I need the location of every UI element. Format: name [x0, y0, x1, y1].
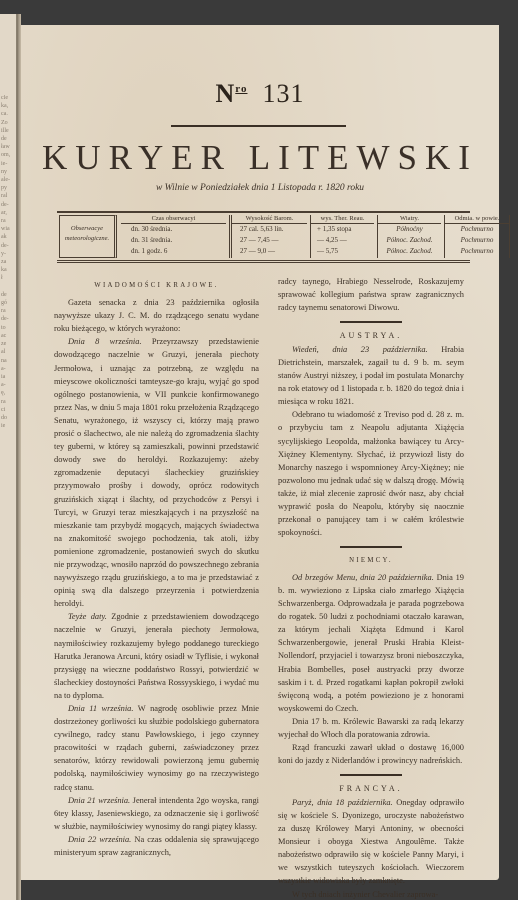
weather-col-time: Czas obserwacyi dn. 30 średnia. dn. 31 ś… [121, 215, 226, 258]
entry-text: Zgodnie z przedstawieniem dowodzącego na… [54, 612, 259, 700]
section-heading-austria: AUSTRYA. [278, 329, 464, 342]
cell: dn. 31 średnia. [131, 235, 226, 246]
article-paragraph: Wiedeń, dnia 23 października. Hrabia Die… [278, 343, 464, 408]
right-column: radcy taynego, Hrabiego Nesselrode, Rosk… [278, 275, 464, 900]
col-header-thermometer: wys. Ther. Reau. [311, 215, 374, 224]
section-heading-germany: NIEMCY. [278, 554, 464, 567]
issue-number-value: 131 [262, 79, 304, 108]
entry-date: Dnia 21 września. [68, 796, 130, 805]
entry-date: Dnia 8 września. [68, 337, 142, 346]
entry-date: Od brzegów Menu, dnia 20 października. [292, 573, 434, 582]
weather-col-barometer: Wysokość Barom. 27 cal. 5,63 lin. 27 — 7… [229, 215, 307, 258]
article-paragraph: Odebrano tu wiadomość z Treviso pod d. 2… [278, 408, 464, 539]
cell: dn. 1 godz. 6 [131, 246, 226, 257]
section-divider [340, 321, 402, 323]
section-divider [340, 774, 402, 776]
newspaper-page: Nro 131 KURYER LITEWSKI w Wilnie w Ponie… [21, 25, 499, 880]
entry-date: Dnia 11 września. [68, 704, 133, 713]
article-paragraph: Paryż, dnia 18 października. Onegday odp… [278, 796, 464, 888]
left-column: WIADOMOŚCI KRAJOWE. Gazeta senacka z dni… [54, 277, 259, 859]
weather-table-label: Obserwacye meteorologiczne. [59, 215, 117, 258]
col-header-time: Czas obserwacyi [121, 215, 226, 224]
cell: Pochmurno [445, 235, 509, 246]
article-paragraph: Od brzegów Menu, dnia 20 października. D… [278, 571, 464, 715]
article-paragraph: Gazeta senacka z dnia 23 października og… [54, 296, 259, 335]
cell: 27 cal. 5,63 lin. [240, 224, 307, 235]
article-paragraph: radcy taynego, Hrabiego Nesselrode, Rosk… [278, 275, 464, 314]
entry-text: Dnia 19 b. m. wywieziono z Lipska ciało … [278, 573, 464, 713]
cell: Pochmurno [445, 224, 509, 235]
adjacent-page-text: cle ka, ca. Zo ille de ław om, ie- ny al… [1, 94, 15, 430]
cell: 27 — 7,45 — [240, 235, 307, 246]
section-heading-france: FRANCYA. [278, 782, 464, 795]
entry-text: Przeyrzawszy przedstawienie dowodzącego … [54, 337, 259, 608]
article-paragraph: Dnia 22 września. Na czas oddalenia się … [54, 833, 259, 859]
weather-col-thermometer: wys. Ther. Reau. + 1,35 stopa — 4,25 — —… [310, 215, 374, 258]
article-paragraph: W tych dniach inżynier Chevalier zaprowa… [278, 888, 464, 900]
article-paragraph: Dnia 11 września. W nagrodę osobliwie pr… [54, 702, 259, 794]
dateline: w Wilnie w Poniedziałek dnia 1 Listopada… [21, 183, 499, 193]
issue-number: Nro 131 [21, 79, 499, 109]
article-paragraph: Dnia 8 września. Przeyrzawszy przedstawi… [54, 335, 259, 610]
number-label: Nro [216, 79, 248, 108]
cell: Północ. Zachod. [378, 246, 441, 257]
col-header-barometer: Wysokość Barom. [232, 215, 307, 224]
entry-date: Teyże daty. [68, 612, 107, 621]
entry-date: Wiedeń, dnia 23 października. [292, 345, 428, 354]
cell: — 4,25 — [317, 235, 374, 246]
cell: + 1,35 stopa [317, 224, 374, 235]
cell: Pochmurno [445, 246, 509, 257]
cell: 27 — 9,0 — [240, 246, 307, 257]
title-rule [171, 125, 346, 127]
adjacent-page-edge: cle ka, ca. Zo ille de ław om, ie- ny al… [0, 14, 17, 900]
cell: Półnoćny [378, 224, 441, 235]
section-heading-domestic-news: WIADOMOŚCI KRAJOWE. [54, 279, 259, 292]
cell: dn. 30 średnia. [131, 224, 226, 235]
weather-col-sky: Odmia. w powie. Pochmurno Pochmurno Poch… [444, 215, 510, 258]
article-paragraph: Teyże daty. Zgodnie z przedstawieniem do… [54, 610, 259, 702]
section-divider [340, 546, 402, 548]
weather-col-winds: Wiatry. Półnoćny Północ. Zachod. Północ.… [377, 215, 441, 258]
col-header-winds: Wiatry. [378, 215, 441, 224]
masthead-title: KURYER LITEWSKI [21, 138, 499, 178]
weather-observation-table: Obserwacye meteorologiczne. Czas obserwa… [57, 211, 470, 263]
article-paragraph: Dnia 17 b. m. Królewic Bawarski za radą … [278, 715, 464, 741]
entry-text: W nagrodę osobliwie przez Mnie dostrzeżo… [54, 704, 259, 792]
entry-date: Paryż, dnia 18 października. [292, 798, 393, 807]
entry-date: Dnia 22 września. [68, 835, 131, 844]
cell: Północ. Zachod. [378, 235, 441, 246]
cell: — 5,75 [317, 246, 374, 257]
article-paragraph: Dnia 21 września. Jenerał intendenta 2go… [54, 794, 259, 833]
entry-text: Hrabia Dietrichstein, marszałek, zagaił … [278, 345, 464, 406]
article-paragraph: Rząd francuzki zawarł układ o dostawę 16… [278, 741, 464, 767]
col-header-sky: Odmia. w powie. [445, 215, 509, 224]
entry-text: Onegday odprawiło się w kościele S. Dyon… [278, 798, 464, 886]
